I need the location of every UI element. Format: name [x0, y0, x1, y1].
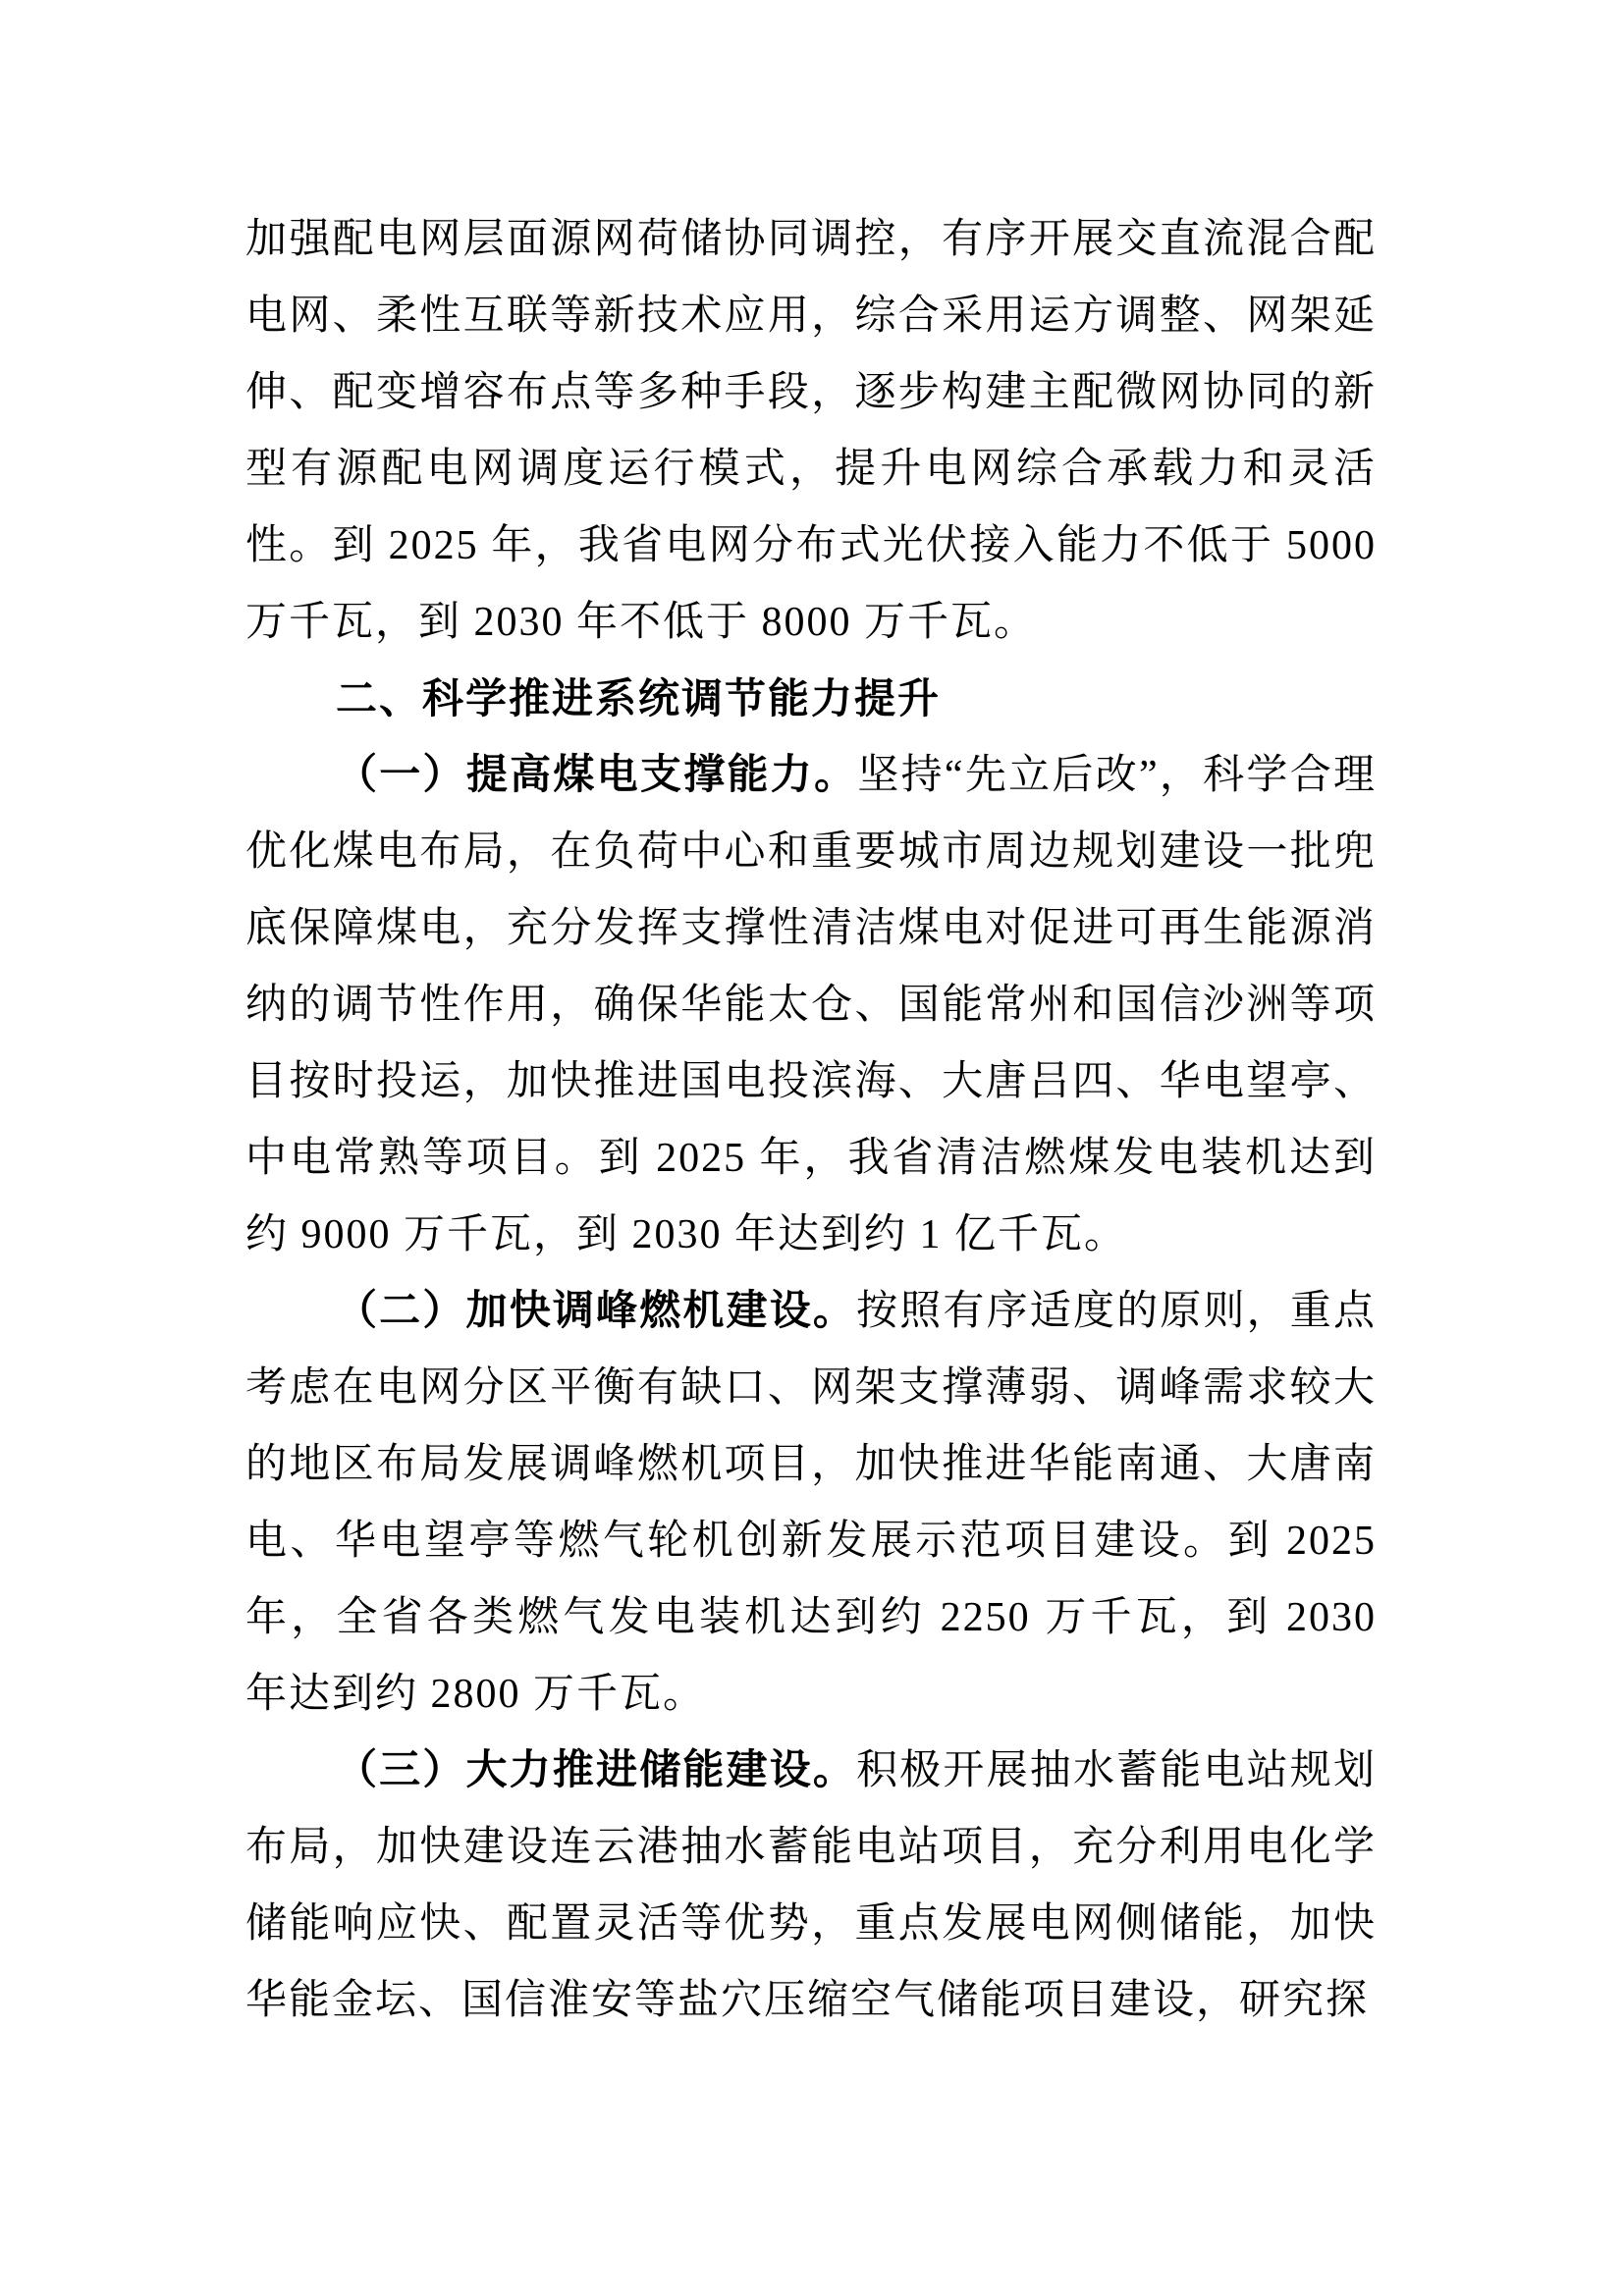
paragraph-lead: （三）大力推进储能建设。	[336, 1748, 856, 1793]
paragraph-item-1: （一）提高煤电支撑能力。坚持“先立后改”，科学合理优化煤电布局，在负荷中心和重要…	[245, 737, 1377, 1273]
paragraph-item-2: （二）加快调峰燃机建设。按照有序适度的原则，重点考虑在电网分区平衡有缺口、网架支…	[245, 1273, 1377, 1733]
paragraph-text: 加强配电网层面源网荷储协同调控，有序开展交直流混合配电网、柔性互联等新技术应用，…	[245, 217, 1377, 645]
paragraph-lead: （二）加快调峰燃机建设。	[336, 1289, 856, 1334]
paragraph-text: 坚持“先立后改”，科学合理优化煤电布局，在负荷中心和重要城市周边规划建设一批兜底…	[245, 753, 1377, 1257]
document-text-block: 加强配电网层面源网荷储协同调控，有序开展交直流混合配电网、柔性互联等新技术应用，…	[245, 201, 1377, 2039]
section-heading: 二、科学推进系统调节能力提升	[245, 661, 1377, 737]
section-heading-text: 二、科学推进系统调节能力提升	[336, 675, 941, 721]
document-page: 加强配电网层面源网荷储协同调控，有序开展交直流混合配电网、柔性互联等新技术应用，…	[0, 0, 1624, 2296]
paragraph-text: 按照有序适度的原则，重点考虑在电网分区平衡有缺口、网架支撑薄弱、调峰需求较大的地…	[245, 1289, 1377, 1717]
paragraph-continuation: 加强配电网层面源网荷储协同调控，有序开展交直流混合配电网、柔性互联等新技术应用，…	[245, 201, 1377, 661]
paragraph-lead: （一）提高煤电支撑能力。	[336, 753, 857, 798]
paragraph-item-3: （三）大力推进储能建设。积极开展抽水蓄能电站规划布局，加快建设连云港抽水蓄能电站…	[245, 1733, 1377, 2039]
